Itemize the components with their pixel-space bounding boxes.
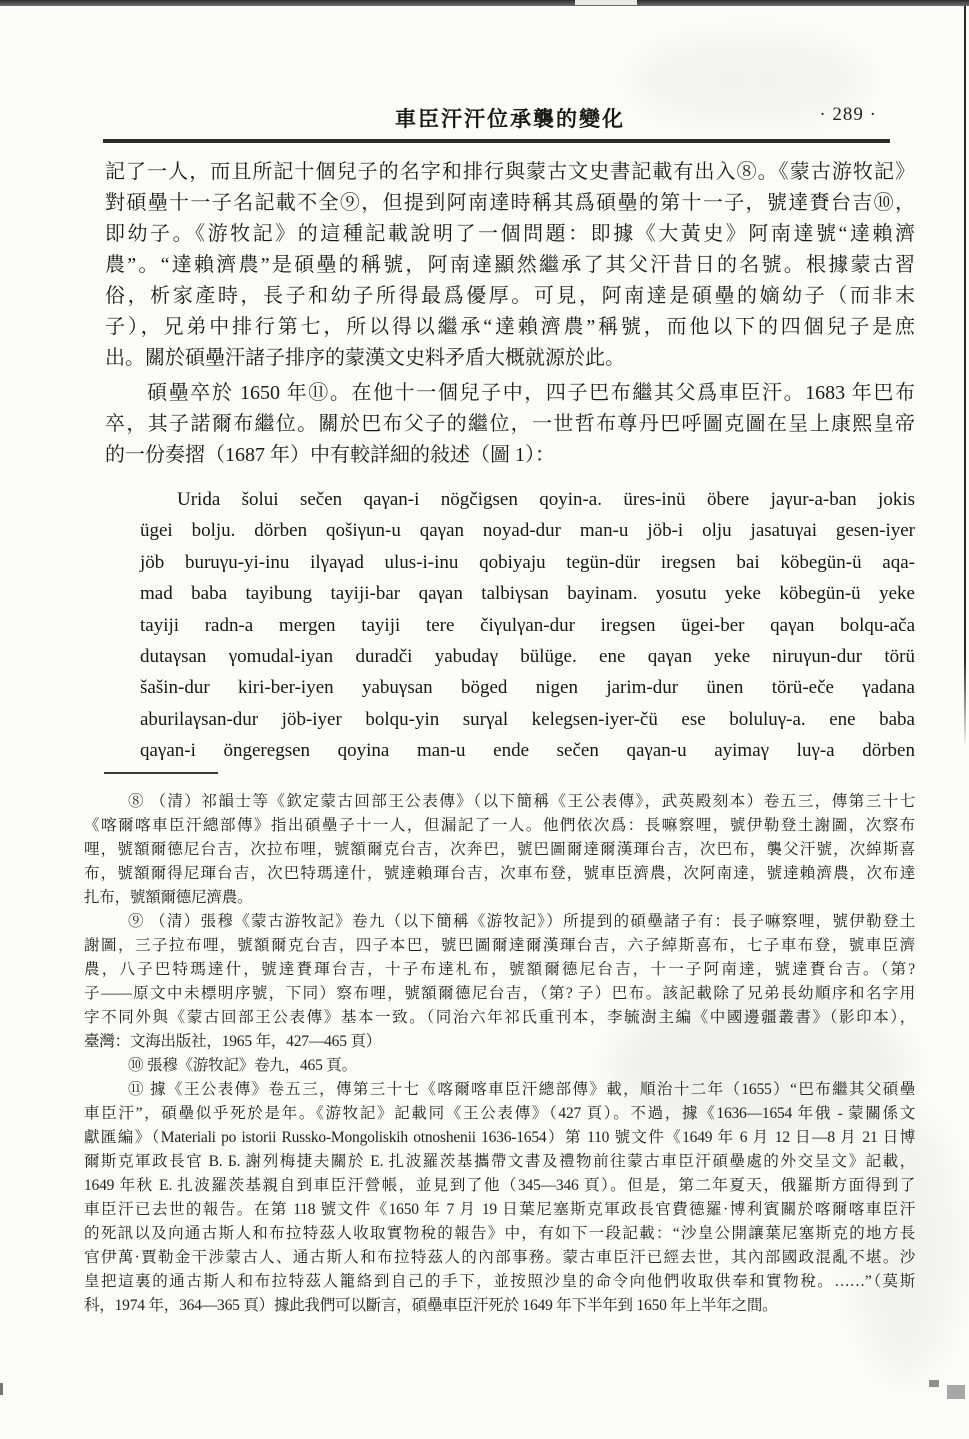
text-line: ⑩ 張穆《游牧記》卷九，465 頁。 (84, 1054, 915, 1078)
body-paragraph-2: 碩壘卒於 1650 年⑪。在他十一個兒子中，四子巴布繼其父爲車臣汗。1683 年… (105, 378, 915, 471)
text-line: 謝圖，三子拉布哩，號額爾克台吉，四子本巴，號巴圖爾達爾漢琿台吉，六子綽斯喜布，七… (84, 934, 915, 958)
text-line: qaγan-i öngeregsen qoyina man-u ende seč… (140, 735, 915, 766)
text-line: 卒，其子諾爾布繼位。關於巴布父子的繼位，一世哲布尊丹巴呼圖克圖在呈上康熙皇帝 (105, 409, 915, 440)
text-line: 車臣汗”，碩壘似乎死於是年。《游牧記》記載同《王公表傳》（427 頁）。不過，據… (84, 1102, 915, 1126)
text-line: 布，號額爾得尼琿台吉，次巴特瑪達什，號達賴琿台吉，次車布登，號車臣濟農，次阿南達… (84, 862, 915, 886)
page-title: 車臣汗汗位承襲的變化 (105, 103, 915, 133)
text-line: 農，八子巴特瑪達什，號達賚琿台吉，十子布達札布，號額爾德尼台吉，十一子阿南達，號… (84, 958, 915, 982)
text-line: 獻匯編》（Materiali po istorii Russko-Mongoli… (84, 1126, 915, 1150)
text-line: aburilaγsan-dur jöb-iyer bolqu-yin surγa… (140, 704, 915, 735)
text-line: ⑪ 據《王公表傳》卷五三，傳第三十七《喀爾喀車臣汗總部傳》載，順治十二年（165… (84, 1078, 915, 1102)
top-edge-scan-bar-notch (575, 0, 637, 5)
text-line: 哩，號額爾德尼台吉，次拉布哩，號額爾克台吉，次奔巴，號巴圖爾達爾漢琿台吉，次巴布… (84, 838, 915, 862)
text-line: ügei bolju. dörben qošiγun-u qaγan noyad… (140, 515, 915, 546)
footnote-8: ⑧ （清）祁韻士等《欽定蒙古回部王公表傳》（以下簡稱《王公表傳》，武英殿刻本）卷… (84, 790, 915, 910)
text-line: ⑧ （清）祁韻士等《欽定蒙古回部王公表傳》（以下簡稱《王公表傳》，武英殿刻本）卷… (84, 790, 915, 814)
text-line: 子——原文中未標明序號，下同）察布哩，號額爾德尼台吉，（第? 子）巴布。該記載除… (84, 982, 915, 1006)
text-line: 1649 年秋 Е. 扎波羅茨基親自到車臣汗營帳，並見到了他（345—346 頁… (84, 1174, 915, 1198)
footnote-9: ⑨ （清）張穆《蒙古游牧記》卷九（以下簡稱《游牧記》）所提到的碩壘諸子有：長子嘛… (84, 910, 915, 1054)
text-line: 扎布，號額爾德尼濟農。 (84, 886, 915, 910)
text-line: 出。關於碩壘汗諸子排序的蒙漢文史料矛盾大概就源於此。 (105, 343, 915, 374)
text-line: Urida šolui sečen qaγan-i nögčigsen qoyi… (140, 484, 915, 515)
text-line: 記了一人，而且所記十個兒子的名字和排行與蒙古文史書記載有出入⑧。《蒙古游牧記》 (105, 157, 915, 188)
text-line: 對碩壘十一子名記載不全⑨，但提到阿南達時稱其爲碩壘的第十一子，號達賚台吉⑩， (105, 188, 915, 219)
text-line: 官伊萬·賈勒金干涉蒙古人、通古斯人和布拉特茲人的內部事務。蒙古車臣汗已經去世，其… (84, 1246, 915, 1270)
text-line: 農”。“達賴濟農”是碩壘的稱號，阿南達顯然繼承了其父汗昔日的名號。根據蒙古習 (105, 250, 915, 281)
text-line: ⑨ （清）張穆《蒙古游牧記》卷九（以下簡稱《游牧記》）所提到的碩壘諸子有：長子嘛… (84, 910, 915, 934)
text-line: 皇把這裏的通古斯人和布拉特茲人籠絡到自己的手下，並按照沙皇的命令向他們收取供奉和… (84, 1270, 915, 1294)
scan-speck (947, 1385, 965, 1399)
text-line: 臺灣：文海出版社，1965 年，427—465 頁） (84, 1030, 915, 1054)
footnote-11: ⑪ 據《王公表傳》卷五三，傳第三十七《喀爾喀車臣汗總部傳》載，順治十二年（165… (84, 1078, 915, 1318)
text-line: 的死訊以及向通古斯人和布拉特茲人收取實物稅的報告》中，有如下一段記載：“沙皇公開… (84, 1222, 915, 1246)
scan-speck (0, 1383, 3, 1395)
text-line: tayiji radn-a mergen tayiji tere čiγulγa… (140, 610, 915, 641)
scanned-book-page: 車臣汗汗位承襲的變化 · 289 · 記了一人，而且所記十個兒子的名字和排行與蒙… (0, 0, 969, 1439)
right-edge-scan-line (964, 6, 966, 748)
text-line: 的一份奏摺（1687 年）中有較詳細的敍述（圖 1）： (105, 440, 915, 471)
text-line: 俗，析家產時，長子和幼子所得最爲優厚。可見，阿南達是碩壘的嫡幼子（而非末 (105, 281, 915, 312)
footnote-separator (104, 772, 218, 774)
mongolian-transliteration-quote: Urida šolui sečen qaγan-i nögčigsen qoyi… (140, 484, 915, 767)
text-line: 字不同外與《蒙古回部王公表傳》基本一致。（同治六年祁氏重刊本，李毓澍主編《中國邊… (84, 1006, 915, 1030)
body-paragraph-1: 記了一人，而且所記十個兒子的名字和排行與蒙古文史書記載有出入⑧。《蒙古游牧記》對… (105, 157, 915, 374)
footnote-10: ⑩ 張穆《游牧記》卷九，465 頁。 (84, 1054, 915, 1078)
text-line: šašin-dur kiri-ber-iyen yabuγsan böged n… (140, 672, 915, 703)
page-number: · 289 · (819, 104, 877, 126)
main-text-block: 記了一人，而且所記十個兒子的名字和排行與蒙古文史書記載有出入⑧。《蒙古游牧記》對… (105, 157, 915, 767)
top-edge-scan-bar (0, 0, 969, 6)
text-line: 即幼子。《游牧記》的這種記載說明了一個問題：即據《大黃史》阿南達號“達賴濟 (105, 219, 915, 250)
text-line: 碩壘卒於 1650 年⑪。在他十一個兒子中，四子巴布繼其父爲車臣汗。1683 年… (105, 378, 915, 409)
text-line: 科，1974 年，364—365 頁）據此我們可以斷言，碩壘車臣汗死於 1649… (84, 1294, 915, 1318)
text-line: dutaγsan γomudal-iyan duradči yabudaγ bü… (140, 641, 915, 672)
text-line: 車臣汗已去世的報告。在第 118 號文件《1650 年 7 月 19 日葉尼塞斯… (84, 1198, 915, 1222)
text-line: jöb buruγu-yi-inu ilγaγad ulus-i-inu qob… (140, 547, 915, 578)
text-line: mad baba tayibung tayiji-bar qaγan talbi… (140, 578, 915, 609)
text-line: 子），兄弟中排行第七，所以得以繼承“達賴濟農”稱號，而他以下的四個兒子是庶 (105, 312, 915, 343)
text-line: 《喀爾喀車臣汗總部傳》指出碩壘子十一人，但漏記了一人。他們依次爲：長嘛察哩，號伊… (84, 814, 915, 838)
footnotes-block: ⑧ （清）祁韻士等《欽定蒙古回部王公表傳》（以下簡稱《王公表傳》，武英殿刻本）卷… (84, 790, 915, 1318)
header-rule (103, 139, 890, 143)
scan-speck (929, 1380, 939, 1387)
text-line: 爾斯克軍政長官 В. Б. 謝列梅捷夫關於 Е. 扎波羅茨基攜帶文書及禮物前往蒙… (84, 1150, 915, 1174)
running-header: 車臣汗汗位承襲的變化 · 289 · (105, 103, 915, 135)
